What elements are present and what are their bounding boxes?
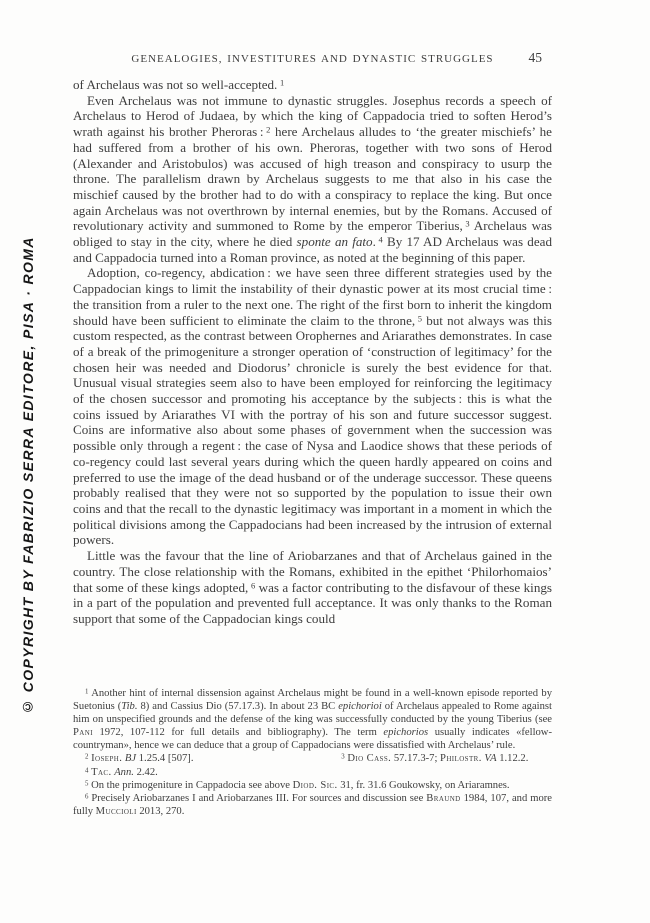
paragraph: Adoption, co-regency, abdication : we ha…: [73, 265, 552, 548]
book-page: © COPYRIGHT BY FABRIZIO SERRA EDITORE, P…: [0, 0, 650, 923]
page-number: 45: [529, 50, 543, 66]
footnotes-block: 1 Another hint of internal dissension ag…: [73, 687, 552, 818]
running-head: GENEALOGIES, INVESTITURES AND DYNASTIC S…: [73, 53, 552, 65]
body-text-block: of Archelaus was not so well-accepted. 1…: [73, 77, 552, 627]
chapter-title: GENEALOGIES, INVESTITURES AND DYNASTIC S…: [73, 53, 552, 65]
paragraph-continuation: of Archelaus was not so well-accepted. 1: [73, 77, 552, 93]
footnote-5: 5 On the primogeniture in Cappadocia see…: [73, 779, 552, 792]
copyright-sidebar-notice: © COPYRIGHT BY FABRIZIO SERRA EDITORE, P…: [20, 228, 38, 724]
paragraph: Even Archelaus was not immune to dynasti…: [73, 93, 552, 266]
footnote-3: 3 Dio Cass. 57.17.3-7; Philostr. VA 1.12…: [329, 752, 552, 765]
footnote-1: 1 Another hint of internal dissension ag…: [73, 687, 552, 752]
footnote-row: 2 Ioseph. BJ 1.25.4 [507]. 3 Dio Cass. 5…: [73, 752, 552, 765]
footnote-2: 2 Ioseph. BJ 1.25.4 [507].: [73, 752, 329, 765]
footnote-4: 4 Tac. Ann. 2.42.: [73, 766, 552, 779]
footnote-6: 6 Precisely Ariobarzanes I and Ariobarza…: [73, 792, 552, 818]
paragraph: Little was the favour that the line of A…: [73, 548, 552, 627]
